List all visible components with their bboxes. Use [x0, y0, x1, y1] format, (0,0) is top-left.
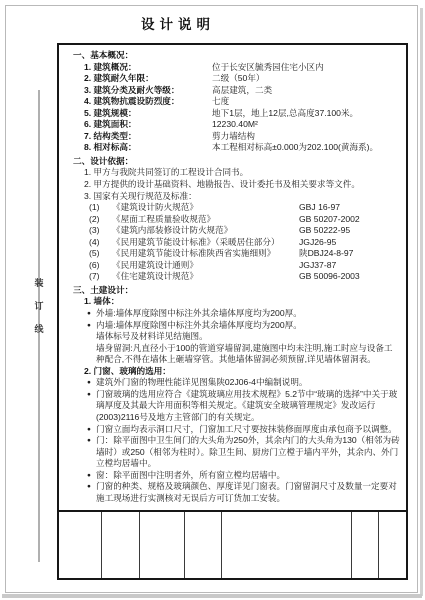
- code-row: (4) 《民用建筑节能设计标准》（采暖居住部分） JGJ26-95: [89, 237, 400, 249]
- window-bullet-text: 窗：除平面图中注明者外，所有窗立樘均居墙中。: [96, 470, 400, 482]
- wall-bullet: ● 外墙:墙体厚度除图中标注外其余墙体厚度均为200厚。: [87, 308, 400, 320]
- window-bullet-text: 门窗玻璃的选用应符合《建筑玻璃应用技术规程》5.2节中“玻璃的选择”中关于玻璃厚…: [96, 389, 400, 424]
- wall-note: 墙体标号及材料详见结施图。: [96, 331, 400, 343]
- window-bullet: ● 窗：除平面图中注明者外，所有窗立樘均居墙中。: [87, 470, 400, 482]
- code-number: GB 50222-95: [299, 225, 400, 237]
- window-bullet: ● 门窗立面均表示洞口尺寸，门窗加工尺寸要按抹装修面厚度由承包商予以调整。: [87, 424, 400, 436]
- code-title: 《住宅建筑设计规范》: [112, 271, 299, 283]
- wall-bullet-text: 外墙:墙体厚度除图中标注外其余墙体厚度均为200厚。: [96, 308, 400, 320]
- bullet-icon: ●: [87, 389, 96, 424]
- section3-heading: 三、土建设计：: [73, 285, 400, 297]
- window-bullet: ● 建筑外门窗的物理性能详见图集陕02J06-4中编制说明。: [87, 377, 400, 389]
- bullet-icon: ●: [87, 320, 96, 332]
- window-bullet-text: 建筑外门窗的物理性能详见图集陕02J06-4中编制说明。: [96, 377, 400, 389]
- code-number: GBJ 16-97: [299, 202, 400, 214]
- overview-label: 3. 建筑分类及耐火等级：: [84, 85, 212, 97]
- overview-value: 地下1层，地上12层,总高度37.100米。: [212, 108, 400, 120]
- page-title: 设计说明: [118, 13, 238, 33]
- title-block-table: [57, 512, 408, 580]
- window-bullet: ● 门窗玻璃的选用应符合《建筑玻璃应用技术规程》5.2节中“玻璃的选择”中关于玻…: [87, 389, 400, 424]
- code-row: (1) 《建筑设计防火规范》 GBJ 16-97: [89, 202, 400, 214]
- section1-heading: 一、基本概况：: [73, 50, 400, 62]
- overview-label: 4. 建筑物抗震设防烈度：: [84, 96, 212, 108]
- code-number: GB 50096-2003: [299, 271, 400, 283]
- overview-label: 7. 结构类型：: [84, 131, 212, 143]
- code-number: GB 50207-2002: [299, 214, 400, 226]
- bullet-icon: ●: [87, 481, 96, 504]
- overview-row: 4. 建筑物抗震设防烈度： 七度: [84, 96, 400, 108]
- code-title: 《民用建筑设计通则》: [112, 260, 299, 272]
- window-bullet: ● 门：除平面图中卫生间门的大头角为250外，其余内门的大头角为130（相邻为砖…: [87, 435, 400, 470]
- code-row: (2) 《屋面工程质量验收规范》 GB 50207-2002: [89, 214, 400, 226]
- overview-label: 5. 建筑规模：: [84, 108, 212, 120]
- scan-edge-right: [420, 8, 423, 596]
- window-bullet-text: 门窗立面均表示洞口尺寸，门窗加工尺寸要按抹装修面厚度由承包商予以调整。: [96, 424, 400, 436]
- window-bullet-text: 门窗的种类、规格及玻璃颜色、厚度详见门窗表。门窗留洞尺寸及数量一定要对施工现场进…: [96, 481, 400, 504]
- bullet-icon: ●: [87, 377, 96, 389]
- drawing-frame: 一、基本概况： 1. 建筑概况： 位于长安区毓秀园住宅小区内 2. 建筑耐久年限…: [57, 43, 408, 512]
- overview-row: 7. 结构类型： 剪力墙结构: [84, 131, 400, 143]
- bullet-icon: ●: [87, 470, 96, 482]
- overview-row: 8. 相对标高： 本工程相对标高±0.000为202.100(黄海系)。: [84, 142, 400, 154]
- window-bullet-text: 门：除平面图中卫生间门的大头角为250外，其余内门的大头角为130（相邻为砖墙时…: [96, 435, 400, 470]
- code-no: (5): [89, 248, 112, 260]
- code-number: 陕DBJ24-8-97: [299, 248, 400, 260]
- basis-item: 3. 国家有关现行规范及标准：: [84, 191, 400, 203]
- bullet-icon: ●: [87, 435, 96, 470]
- overview-value: 本工程相对标高±0.000为202.100(黄海系)。: [212, 142, 400, 154]
- code-row: (3) 《建筑内部装修设计防火规范》 GB 50222-95: [89, 225, 400, 237]
- code-title: 《屋面工程质量验收规范》: [112, 214, 299, 226]
- overview-label: 8. 相对标高：: [84, 142, 212, 154]
- overview-label: 1. 建筑概况：: [84, 62, 212, 74]
- code-title: 《建筑设计防火规范》: [112, 202, 299, 214]
- code-no: (6): [89, 260, 112, 272]
- bullet-icon: ●: [87, 308, 96, 320]
- overview-row: 5. 建筑规模： 地下1层，地上12层,总高度37.100米。: [84, 108, 400, 120]
- binding-line-char: 订: [32, 299, 46, 312]
- window-subheading: 2. 门窗、玻璃的选用：: [84, 366, 400, 378]
- title-block-cell: [352, 512, 379, 578]
- title-block-cell: [185, 512, 222, 578]
- overview-value: 位于长安区毓秀园住宅小区内: [212, 62, 400, 74]
- wall-subheading: 1. 墙体：: [84, 296, 400, 308]
- basis-item: 2. 甲方提供的设计基础资料、地勘报告、设计委托书及相关要求等文件。: [84, 179, 400, 191]
- overview-value: 七度: [212, 96, 400, 108]
- title-block-cell: [222, 512, 352, 578]
- overview-value: 二级（50年）: [212, 73, 400, 85]
- title-block-cell: [59, 512, 102, 578]
- basis-item: 1. 甲方与我院共同签订的工程设计合同书。: [84, 167, 400, 179]
- overview-row: 3. 建筑分类及耐火等级： 高层建筑，二类: [84, 85, 400, 97]
- wall-bullet-text: 内墙:墙体厚度除图中标注外其余墙体厚度均为200厚。: [96, 320, 400, 332]
- bullet-icon: ●: [87, 424, 96, 436]
- binding-line-char: 线: [32, 322, 46, 335]
- code-title: 《建筑内部装修设计防火规范》: [112, 225, 299, 237]
- notes-content: 一、基本概况： 1. 建筑概况： 位于长安区毓秀园住宅小区内 2. 建筑耐久年限…: [59, 45, 406, 504]
- overview-value: 12230.40M²: [212, 119, 400, 131]
- title-block-cell: [102, 512, 140, 578]
- overview-value: 剪力墙结构: [212, 131, 400, 143]
- code-no: (4): [89, 237, 112, 249]
- code-row: (6) 《民用建筑设计通则》 JGJ37-87: [89, 260, 400, 272]
- code-no: (1): [89, 202, 112, 214]
- code-no: (3): [89, 225, 112, 237]
- code-title: 《民用建筑节能设计标准》（采暖居住部分）: [112, 237, 299, 249]
- binding-line-char: 装: [32, 276, 46, 289]
- code-number: JGJ26-95: [299, 237, 400, 249]
- scan-edge-bottom: [2, 594, 422, 598]
- section2-heading: 二、设计依据：: [73, 156, 400, 168]
- overview-row: 1. 建筑概况： 位于长安区毓秀园住宅小区内: [84, 62, 400, 74]
- code-number: JGJ37-87: [299, 260, 400, 272]
- code-title: 《民用建筑节能设计标准陕西省实施细则》: [112, 248, 299, 260]
- wall-holes-note: 墙身留洞:凡直径小于100的管道穿墙留洞,建施图中均未注明,施工时应与设备工种配…: [96, 343, 400, 366]
- code-row: (5) 《民用建筑节能设计标准陕西省实施细则》 陕DBJ24-8-97: [89, 248, 400, 260]
- overview-label: 2. 建筑耐久年限：: [84, 73, 212, 85]
- code-no: (2): [89, 214, 112, 226]
- code-row: (7) 《住宅建筑设计规范》 GB 50096-2003: [89, 271, 400, 283]
- title-block-cell: [379, 512, 406, 578]
- code-no: (7): [89, 271, 112, 283]
- title-block-cell: [140, 512, 185, 578]
- wall-bullet: ● 内墙:墙体厚度除图中标注外其余墙体厚度均为200厚。: [87, 320, 400, 332]
- window-bullet: ● 门窗的种类、规格及玻璃颜色、厚度详见门窗表。门窗留洞尺寸及数量一定要对施工现…: [87, 481, 400, 504]
- overview-row: 6. 建筑面积： 12230.40M²: [84, 119, 400, 131]
- overview-label: 6. 建筑面积：: [84, 119, 212, 131]
- overview-row: 2. 建筑耐久年限： 二级（50年）: [84, 73, 400, 85]
- overview-value: 高层建筑，二类: [212, 85, 400, 97]
